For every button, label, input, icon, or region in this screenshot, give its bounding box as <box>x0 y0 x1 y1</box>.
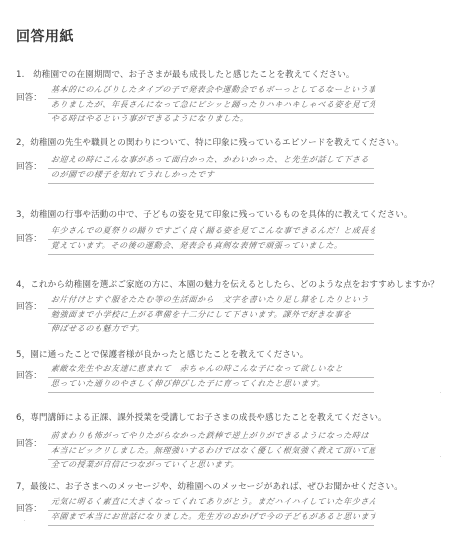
answer-4-line-3: 伸ばせるのも魅力です。 <box>48 323 376 338</box>
document-title: 回答用紙 <box>16 26 74 46</box>
question-5: 5，園に通ったことで保護者様が良かったと感じたことを教えてください。 <box>16 348 308 360</box>
answer-3-line-2: 覚えています。その後の運動会、発表会も真剣な表情で頑張っていました。 <box>48 240 376 255</box>
answer-2-line-2: のが園での様子を知れてうれしかったです <box>48 169 376 184</box>
answer-5-line-2: 思っていた通りのやさしく伸び伸びした子に育ってくれたと思います。 <box>48 378 376 393</box>
answer-2: お迎えの時にこんな事があって面白かった、かわいかった、と先生が話して下さる のが… <box>48 154 374 183</box>
answer-6-line-2: 本当にビックリしました。無理強いするわけではなく優しく根気強く教えて頂いて感謝で… <box>48 445 376 460</box>
answer-7-line-1: 元気に明るく素直に大きくなってくれてありがとう。まだハイハイしていた年少さんから <box>48 496 376 511</box>
scan-speck <box>440 392 441 393</box>
answer-label-2: 回答： <box>16 160 42 172</box>
question-6: 6，専門講師による正課、課外授業を受講してお子さまの成長や感じたことを教えてくだ… <box>16 411 387 423</box>
question-4: 4，これから幼稚園を選ぶご家庭の方に、本園の魅力を伝えるとしたら、どのような点を… <box>16 278 439 290</box>
question-2: 2，幼稚園の先生や職員との関わりについて、特に印象に残っているエピソードを教えて… <box>16 136 404 148</box>
answer-label-7: 回答： <box>16 502 42 514</box>
scan-speck <box>24 520 25 521</box>
answer-label-1: 回答： <box>16 91 42 103</box>
answer-7-line-2: 卒園まで本当にお世話になりました。先生方のおかげで今の子どもがあると思います <box>48 511 376 526</box>
answer-6-line-1: 前まわりも怖がってやりたがらなかった鉄棒で逆上がりができるようになった時は <box>48 430 376 445</box>
answer-3-line-1: 年少さんでの夏祭りの踊りですごく良く踊る姿を見てこんな事できるんだ！と成長を感じ… <box>48 225 376 240</box>
question-1: 1. 幼稚園での在園期間で、お子さまが最も成長したと感じたことを教えてください。 <box>16 68 355 80</box>
answer-4-line-1: お片付けとすぐ服をたたむ等の生活面から 文字を書いたり足し算をしたりという <box>48 294 376 309</box>
answer-1-line-1: 基本的にのんびりしたタイプの子で発表会や運動会でもボーっとしてるなーという事が <box>48 84 376 99</box>
answer-label-6: 回答： <box>16 437 42 449</box>
answer-1-line-3: やる時はやるという事ができるようになりました。 <box>48 113 376 128</box>
answer-4: お片付けとすぐ服をたたむ等の生活面から 文字を書いたり足し算をしたりという 勉強… <box>48 294 374 338</box>
answer-5: 素敵な先生やお友達に恵まれて 赤ちゃんの時こんな子になって欲しいなと 思っていた… <box>48 363 374 392</box>
answer-5-line-1: 素敵な先生やお友達に恵まれて 赤ちゃんの時こんな子になって欲しいなと <box>48 363 376 378</box>
answer-label-4: 回答： <box>16 300 42 312</box>
answer-3: 年少さんでの夏祭りの踊りですごく良く踊る姿を見てこんな事できるんだ！と成長を感じ… <box>48 225 374 254</box>
answer-7: 元気に明るく素直に大きくなってくれてありがとう。まだハイハイしていた年少さんから… <box>48 496 374 525</box>
answer-label-3: 回答： <box>16 232 42 244</box>
answer-1: 基本的にのんびりしたタイプの子で発表会や運動会でもボーっとしてるなーという事が … <box>48 84 374 128</box>
scan-speck <box>440 456 441 457</box>
question-7: 7，最後に、お子さまへのメッセージや、幼稚園へのメッセージがあれば、ぜひお聞かせ… <box>16 480 403 492</box>
answer-6-line-3: 全ての授業が自信につながっていくと思います。 <box>48 459 376 474</box>
answer-1-line-2: ありましたが、年長さんになって急にビシッと踊ったりハキハキしゃべる姿を見て先輩で… <box>48 99 376 114</box>
answer-label-5: 回答： <box>16 369 42 381</box>
question-3: 3，幼稚園の行事や活動の中で、子どもの姿を見て印象に残っているものを具体的に教え… <box>16 208 413 220</box>
answer-4-line-2: 勉強面まで小学校に上がる準備を十二分にして下さいます。課外で好きな事を <box>48 309 376 324</box>
answer-6: 前まわりも怖がってやりたがらなかった鉄棒で逆上がりができるようになった時は 本当… <box>48 430 374 474</box>
answer-2-line-1: お迎えの時にこんな事があって面白かった、かわいかった、と先生が話して下さる <box>48 154 376 169</box>
